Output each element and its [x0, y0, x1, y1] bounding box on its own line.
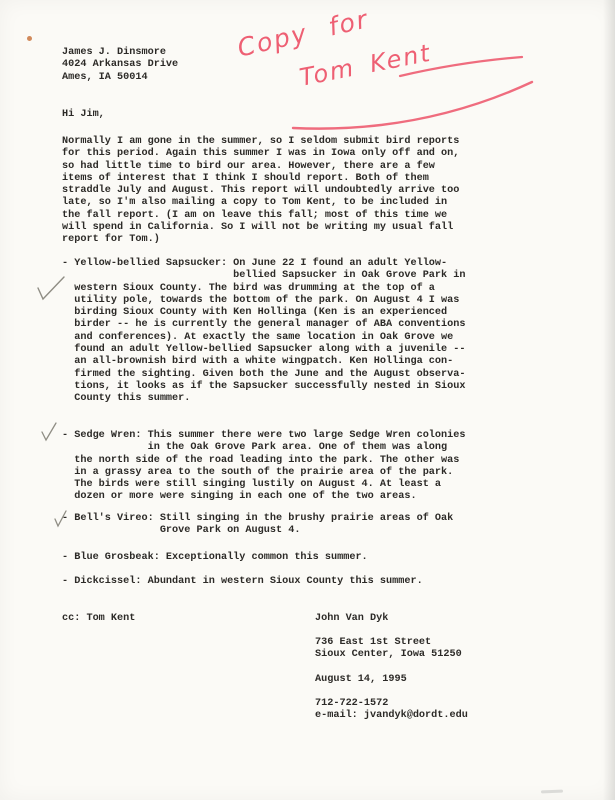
checkmark-sedge-wren — [40, 421, 59, 443]
paper-fleck — [27, 36, 32, 41]
scan-edge-shadow — [603, 0, 615, 800]
report-item-bells-vireo: - Bell's Vireo: Still singing in the bru… — [62, 513, 453, 538]
salutation: Hi Jim, — [62, 109, 105, 121]
cc-line: cc: Tom Kent — [62, 613, 135, 625]
report-item-yellow-bellied-sapsucker: - Yellow-bellied Sapsucker: On June 22 I… — [62, 258, 466, 406]
opening-paragraph: Normally I am gone in the summer, so I s… — [62, 136, 459, 247]
recipient-address: James J. Dinsmore 4024 Arkansas Drive Am… — [62, 47, 178, 84]
sender-contact: 712-722-1572 e-mail: jvandyk@dordt.edu — [315, 698, 468, 723]
sender-name: John Van Dyk — [315, 613, 388, 625]
paper-smudge — [541, 790, 563, 794]
scanned-letter-page: James J. Dinsmore 4024 Arkansas Drive Am… — [0, 0, 615, 800]
report-item-sedge-wren: - Sedge Wren: This summer there were two… — [62, 430, 466, 504]
report-item-blue-grosbeak: - Blue Grosbeak: Exceptionally common th… — [62, 552, 368, 564]
handwritten-note-line2: Tom Kent — [297, 39, 434, 92]
letter-date: August 14, 1995 — [315, 674, 407, 686]
sender-address: 736 East 1st Street Sioux Center, Iowa 5… — [315, 637, 462, 662]
report-item-dickcissel: - Dickcissel: Abundant in western Sioux … — [62, 576, 423, 588]
